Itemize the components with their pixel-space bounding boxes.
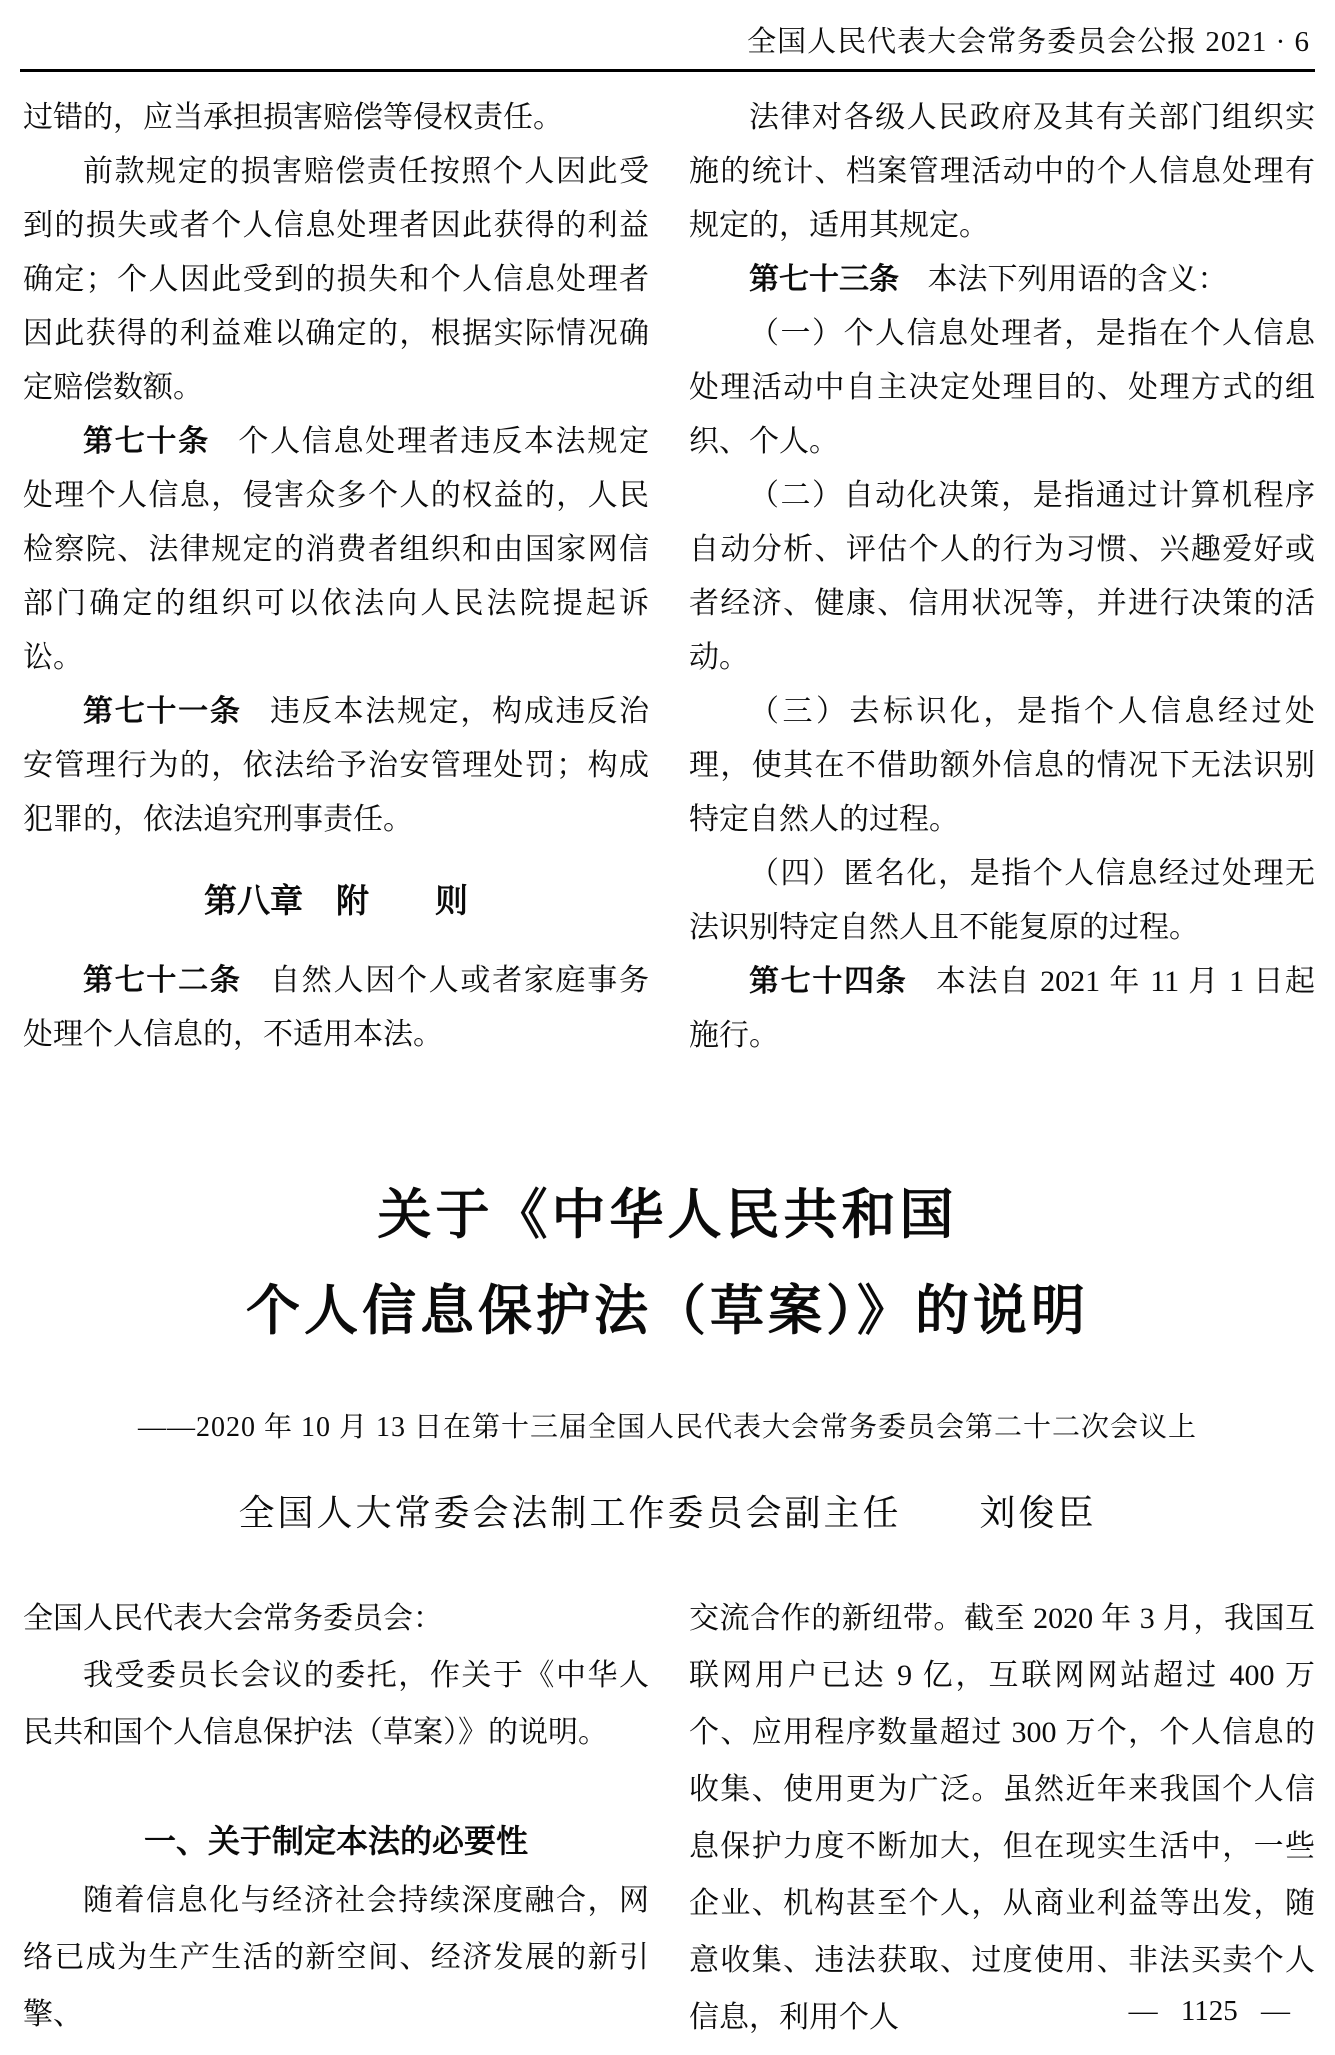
article-number: 第七十四条	[749, 965, 907, 998]
paragraph: 法律对各级人民政府及其有关部门组织实施的统计、档案管理活动中的个人信息处理有规定…	[689, 91, 1315, 253]
article-number: 第七十条	[83, 425, 210, 458]
article-number: 第七十一条	[83, 695, 242, 728]
law-text-section: 过错的，应当承担损害赔偿等侵权责任。前款规定的损害赔偿责任按照个人因此受到的损失…	[23, 91, 1315, 1063]
paragraph: 我受委员长会议的委托，作关于《中华人民共和国个人信息保护法（草案）》的说明。	[23, 1647, 649, 1761]
paragraph: 过错的，应当承担损害赔偿等侵权责任。	[23, 91, 649, 145]
article-paragraph: 第七十条个人信息处理者违反本法规定处理个人信息，侵害众多个人的权益的，人民检察院…	[23, 415, 649, 685]
gazette-title: 全国人民代表大会常务委员会公报 2021 · 6	[23, 22, 1310, 62]
article-paragraph: 第七十一条违反本法规定，构成违反治安管理行为的，依法给予治安管理处罚；构成犯罪的…	[23, 685, 649, 847]
chapter-heading: 第八章 附 则	[23, 874, 649, 928]
explanation-title-line-1: 关于《中华人民共和国	[0, 1167, 1335, 1263]
gazette-page: 全国人民代表大会常务委员会公报 2021 · 6 过错的，应当承担损害赔偿等侵权…	[0, 0, 1335, 2055]
section-heading: 一、关于制定本法的必要性	[23, 1813, 649, 1870]
article-paragraph: 第七十三条本法下列用语的含义：	[689, 253, 1315, 307]
paragraph: （二）自动化决策，是指通过计算机程序自动分析、评估个人的行为习惯、兴趣爱好或者经…	[689, 469, 1315, 685]
explanation-right-column: 交流合作的新纽带。截至 2020 年 3 月，我国互联网用户已达 9 亿，互联网…	[689, 1590, 1315, 2046]
paragraph: （四）匿名化，是指个人信息经过处理无法识别特定自然人且不能复原的过程。	[689, 847, 1315, 955]
explanation-body-section: 全国人民代表大会常务委员会：我受委员长会议的委托，作关于《中华人民共和国个人信息…	[23, 1590, 1315, 2046]
page-header: 全国人民代表大会常务委员会公报 2021 · 6	[23, 22, 1310, 62]
explanation-byline: 全国人大常委会法制工作委员会副主任 刘俊臣	[0, 1488, 1335, 1538]
page-number: — 1125 —	[1129, 1988, 1290, 2034]
article-paragraph: 第七十四条本法自 2021 年 11 月 1 日起施行。	[689, 955, 1315, 1063]
explanation-left-column: 全国人民代表大会常务委员会：我受委员长会议的委托，作关于《中华人民共和国个人信息…	[23, 1590, 649, 2046]
law-right-column: 法律对各级人民政府及其有关部门组织实施的统计、档案管理活动中的个人信息处理有规定…	[689, 91, 1315, 1063]
explanation-subtitle: ——2020 年 10 月 13 日在第十三届全国人民代表大会常务委员会第二十二…	[0, 1408, 1335, 1448]
paragraph: 随着信息化与经济社会持续深度融合，网络已成为生产生活的新空间、经济发展的新引擎、	[23, 1872, 649, 2043]
paragraph: 交流合作的新纽带。截至 2020 年 3 月，我国互联网用户已达 9 亿，互联网…	[689, 1590, 1315, 2046]
header-rule	[20, 69, 1315, 72]
paragraph: （一）个人信息处理者，是指在个人信息处理活动中自主决定处理目的、处理方式的组织、…	[689, 307, 1315, 469]
article-paragraph: 第七十二条自然人因个人或者家庭事务处理个人信息的，不适用本法。	[23, 954, 649, 1062]
paragraph: 全国人民代表大会常务委员会：	[23, 1590, 649, 1647]
explanation-title-block: 关于《中华人民共和国 个人信息保护法（草案）》的说明 ——2020 年 10 月…	[0, 1167, 1335, 1538]
paragraph: 前款规定的损害赔偿责任按照个人因此受到的损失或者个人信息处理者因此获得的利益确定…	[23, 145, 649, 415]
article-number: 第七十二条	[83, 964, 242, 997]
paragraph: （三）去标识化，是指个人信息经过处理，使其在不借助额外信息的情况下无法识别特定自…	[689, 685, 1315, 847]
article-number: 第七十三条	[749, 263, 899, 296]
explanation-title-line-2: 个人信息保护法（草案）》的说明	[0, 1263, 1335, 1359]
law-left-column: 过错的，应当承担损害赔偿等侵权责任。前款规定的损害赔偿责任按照个人因此受到的损失…	[23, 91, 649, 1063]
